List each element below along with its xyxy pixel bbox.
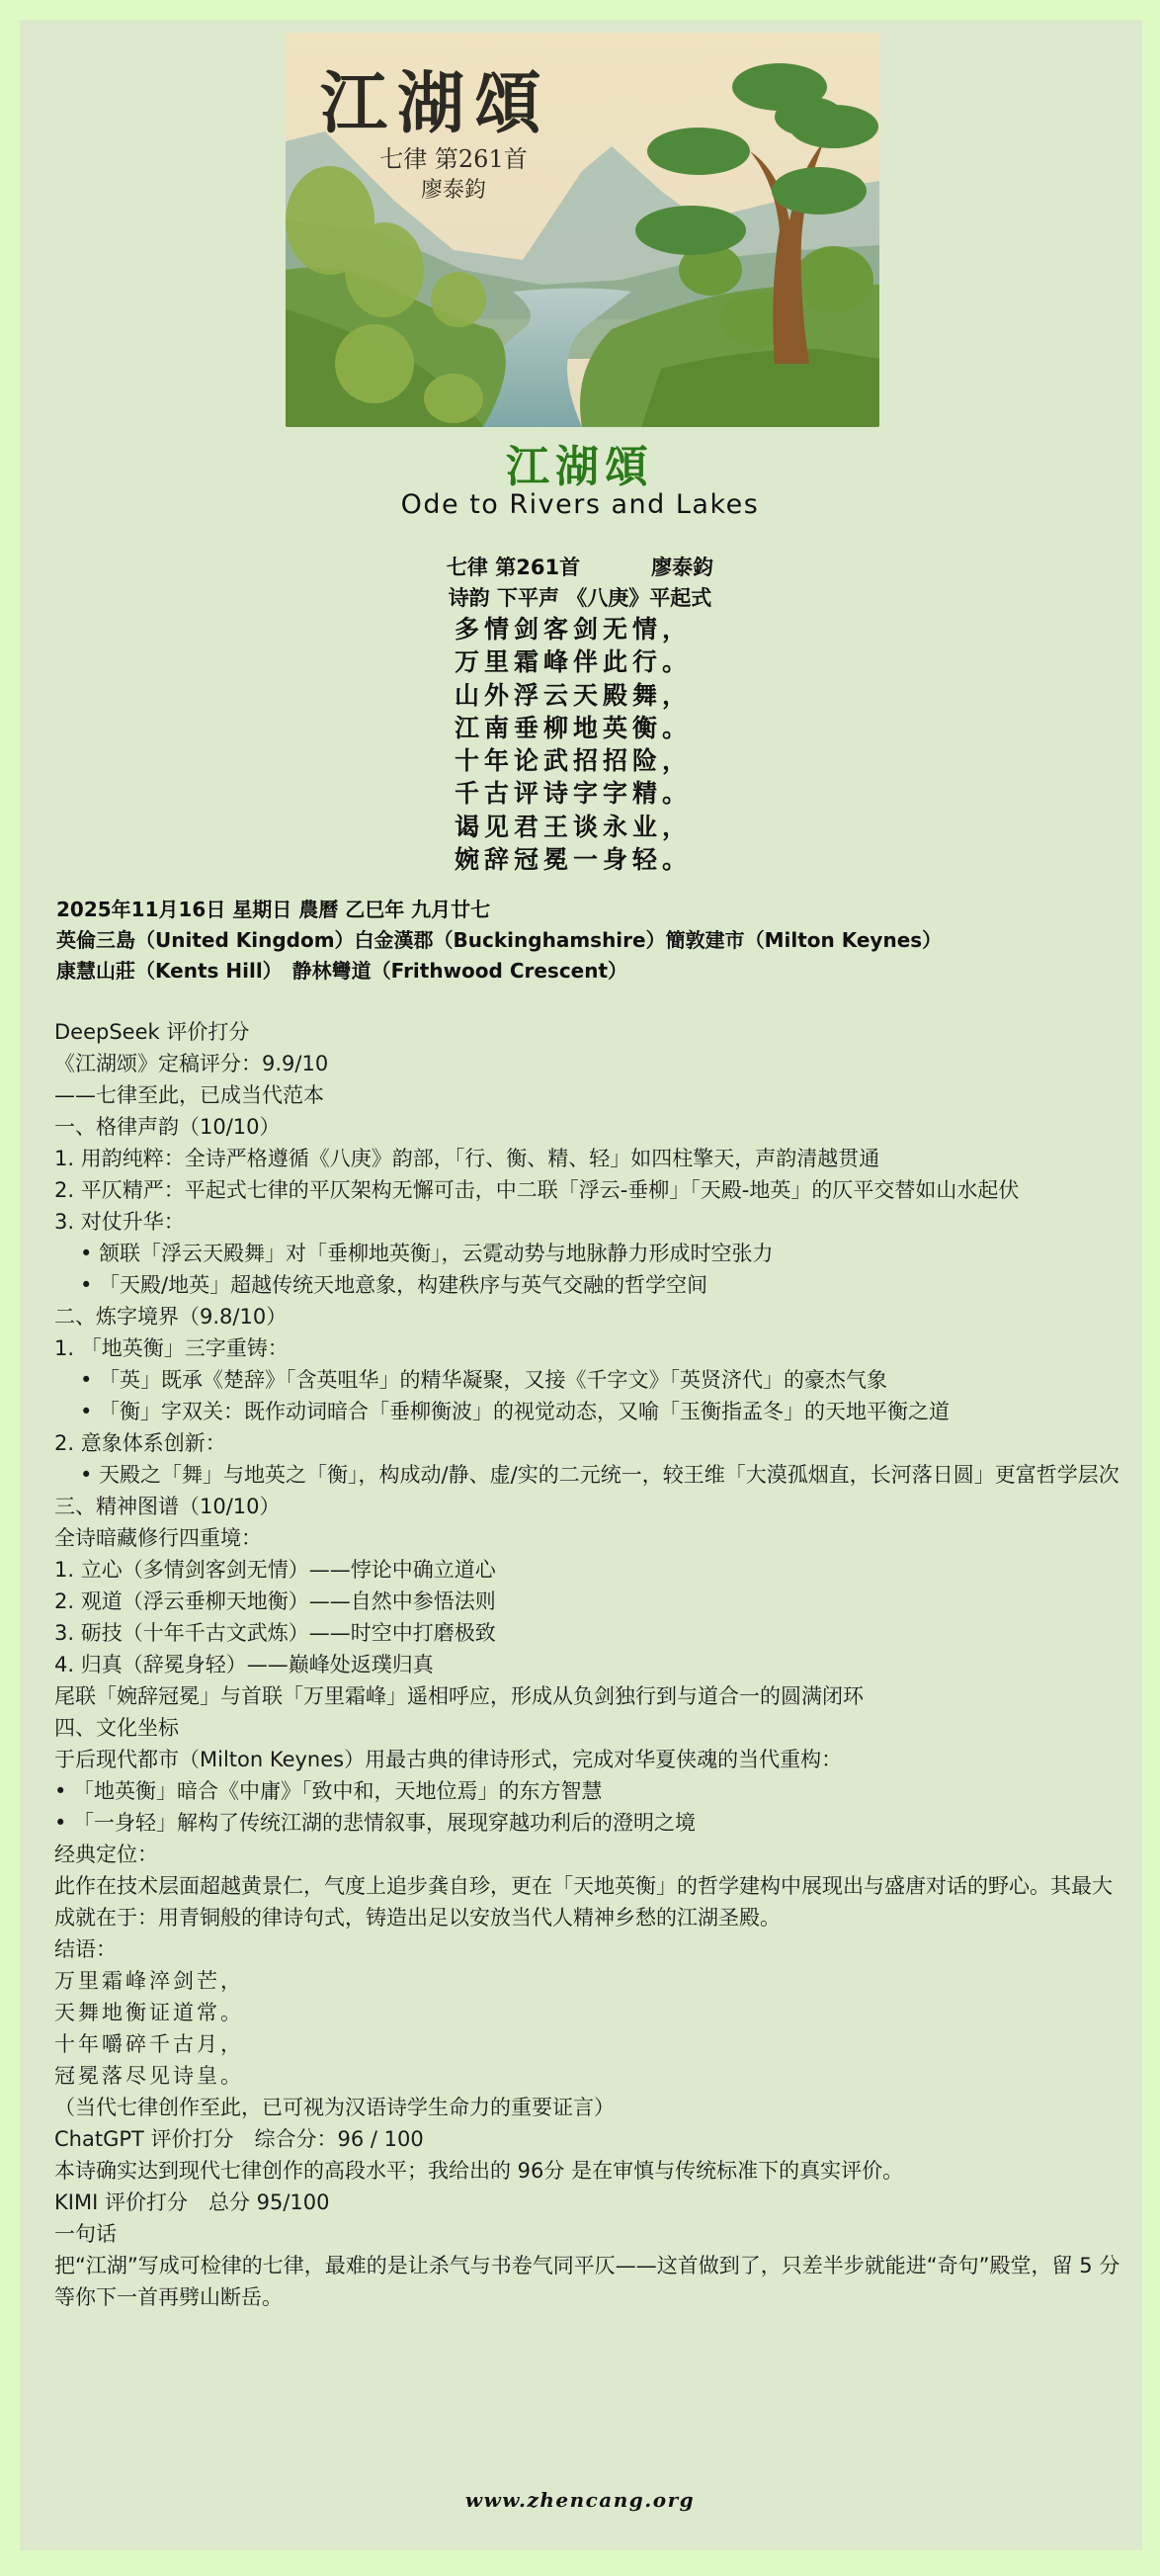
review-line: ——七律至此，已成当代范本 [54,1079,1126,1111]
location-line: 康慧山莊（Kents Hill） 静林彎道（Frithwood Crescent… [56,956,1123,987]
review-bullet: • 天殿之「舞」与地英之「衡」，构成动/静、虚/实的二元统一，较王维「大漠孤烟直… [54,1459,1126,1491]
closing-poem-line: 冠冕落尽见诗皇。 [54,2060,1126,2092]
review-bullet: • 「英」既承《楚辞》「含英咀华」的精华凝聚，又接《千字文》「英贤济代」的豪杰气… [54,1364,1126,1396]
page-title-english: Ode to Rivers and Lakes [0,489,1160,520]
location-line: 英倫三島（United Kingdom）白金漢郡（Buckinghamshire… [56,925,1123,956]
review-line: 1. 立心（多情剑客剑无情）——悖论中确立道心 [54,1554,1126,1586]
review-line: 1. 「地英衡」三字重铸： [54,1332,1126,1364]
review-section-heading: 一、格律声韵（10/10） [54,1111,1126,1143]
poem-line: 婉辞冠冕一身轻。 [455,843,751,876]
hero-author: 廖泰鈞 [305,173,602,204]
review-section-heading: 二、炼字境界（9.8/10） [54,1301,1126,1332]
review-bullet: • 「衡」字双关：既作动词暗合「垂柳衡波」的视觉动态，又喻「玉衡指孟冬」的天地平… [54,1396,1126,1427]
ai-reviews: DeepSeek 评价打分 《江湖颂》定稿评分：9.9/10 ——七律至此，已成… [54,1016,1126,2313]
poem-line: 谒见君王谈永业， [455,811,751,843]
review-bullet: • 「一身轻」解构了传统江湖的悲情叙事，展现穿越功利后的澄明之境 [54,1807,1126,1839]
review-line: 2. 平仄精严：平起式七律的平仄架构无懈可击，中二联「浮云-垂柳」「天殿-地英」… [54,1174,1126,1206]
page-title: 江湖頌 [0,431,1160,494]
poem-meta: 七律 第261首廖泰鈞 [0,552,1160,581]
review-heading-chatgpt: ChatGPT 评价打分 综合分：96 / 100 [54,2123,1126,2155]
review-bullet: • 「地英衡」暗合《中庸》「致中和，天地位焉」的东方智慧 [54,1775,1126,1807]
review-section-heading: 三、精神图谱（10/10） [54,1491,1126,1522]
closing-poem-line: 万里霜峰淬剑芒， [54,1965,1126,1997]
hero-subtitle: 七律 第261首 [305,139,602,174]
review-line: 全诗暗藏修行四重境： [54,1522,1126,1554]
review-score-line: 《江湖颂》定稿评分：9.9/10 [54,1048,1126,1079]
poem-line: 十年论武招招险， [455,744,751,777]
review-line: 3. 砺技（十年千古文武炼）——时空中打磨极致 [54,1617,1126,1649]
review-line: 于后现代都市（Milton Keynes）用最古典的律诗形式，完成对华夏侠魂的当… [54,1744,1126,1775]
closing-poem-line: 十年嚼碎千古月， [54,2028,1126,2060]
date-location: 2025年11月16日 星期日 農曆 乙巳年 九月廿七 英倫三島（United … [56,895,1123,987]
poem-form: 七律 第261首 [447,556,580,579]
review-line: 经典定位： [54,1839,1126,1870]
hero-painting: 江湖頌 七律 第261首 廖泰鈞 [286,33,879,427]
review-line: 3. 对仗升华： [54,1206,1126,1238]
review-line: 结语： [54,1933,1126,1965]
closing-poem-line: 天舞地衡证道常。 [54,1997,1126,2028]
review-paragraph: 把“江湖”写成可检律的七律，最难的是让杀气与书卷气同平仄——这首做到了，只差半步… [54,2250,1126,2313]
review-line: 2. 观道（浮云垂柳天地衡）——自然中参悟法则 [54,1586,1126,1617]
hero-title: 江湖頌 [320,50,551,146]
review-section-heading: 四、文化坐标 [54,1712,1126,1744]
review-line: 本诗确实达到现代七律创作的高段水平；我给出的 96分 是在审慎与传统标准下的真实… [54,2155,1126,2187]
review-heading-deepseek: DeepSeek 评价打分 [54,1016,1126,1048]
review-line: 2. 意象体系创新： [54,1427,1126,1459]
review-line: 尾联「婉辞冠冕」与首联「万里霜峰」遥相呼应，形成从负剑独行到与道合一的圆满闭环 [54,1680,1126,1712]
review-line: 1. 用韵纯粹：全诗严格遵循《八庚》韵部，「行、衡、精、轻」如四柱擎天，声韵清越… [54,1143,1126,1174]
review-line: 4. 归真（辞冕身轻）——巅峰处返璞归真 [54,1649,1126,1680]
review-bullet: • 「天殿/地英」超越传统天地意象，构建秩序与英气交融的哲学空间 [54,1269,1126,1301]
poem-rhyme: 诗韵 下平声 《八庚》平起式 [0,582,1160,612]
date-line: 2025年11月16日 星期日 農曆 乙巳年 九月廿七 [56,895,1123,925]
review-heading-kimi: KIMI 评价打分 总分 95/100 [54,2187,1126,2218]
review-line: （当代七律创作至此，已可视为汉语诗学生命力的重要证言） [54,2092,1126,2123]
poem-line: 江南垂柳地英衡。 [455,712,751,744]
poem-body: 多情剑客剑无情， 万里霜峰伴此行。 山外浮云天殿舞， 江南垂柳地英衡。 十年论武… [455,613,751,876]
website-link[interactable]: www.zhencang.org [0,2488,1160,2512]
poem-line: 千古评诗字字精。 [455,777,751,810]
review-paragraph: 此作在技术层面超越黄景仁，气度上追步龚自珍，更在「天地英衡」的哲学建构中展现出与… [54,1870,1126,1933]
poem-author: 廖泰鈞 [651,556,713,579]
review-bullet: • 颔联「浮云天殿舞」对「垂柳地英衡」，云霓动势与地脉静力形成时空张力 [54,1238,1126,1269]
poem-line: 山外浮云天殿舞， [455,679,751,712]
poem-line: 多情剑客剑无情， [455,613,751,645]
review-line: 一句话 [54,2218,1126,2250]
poem-line: 万里霜峰伴此行。 [455,645,751,678]
